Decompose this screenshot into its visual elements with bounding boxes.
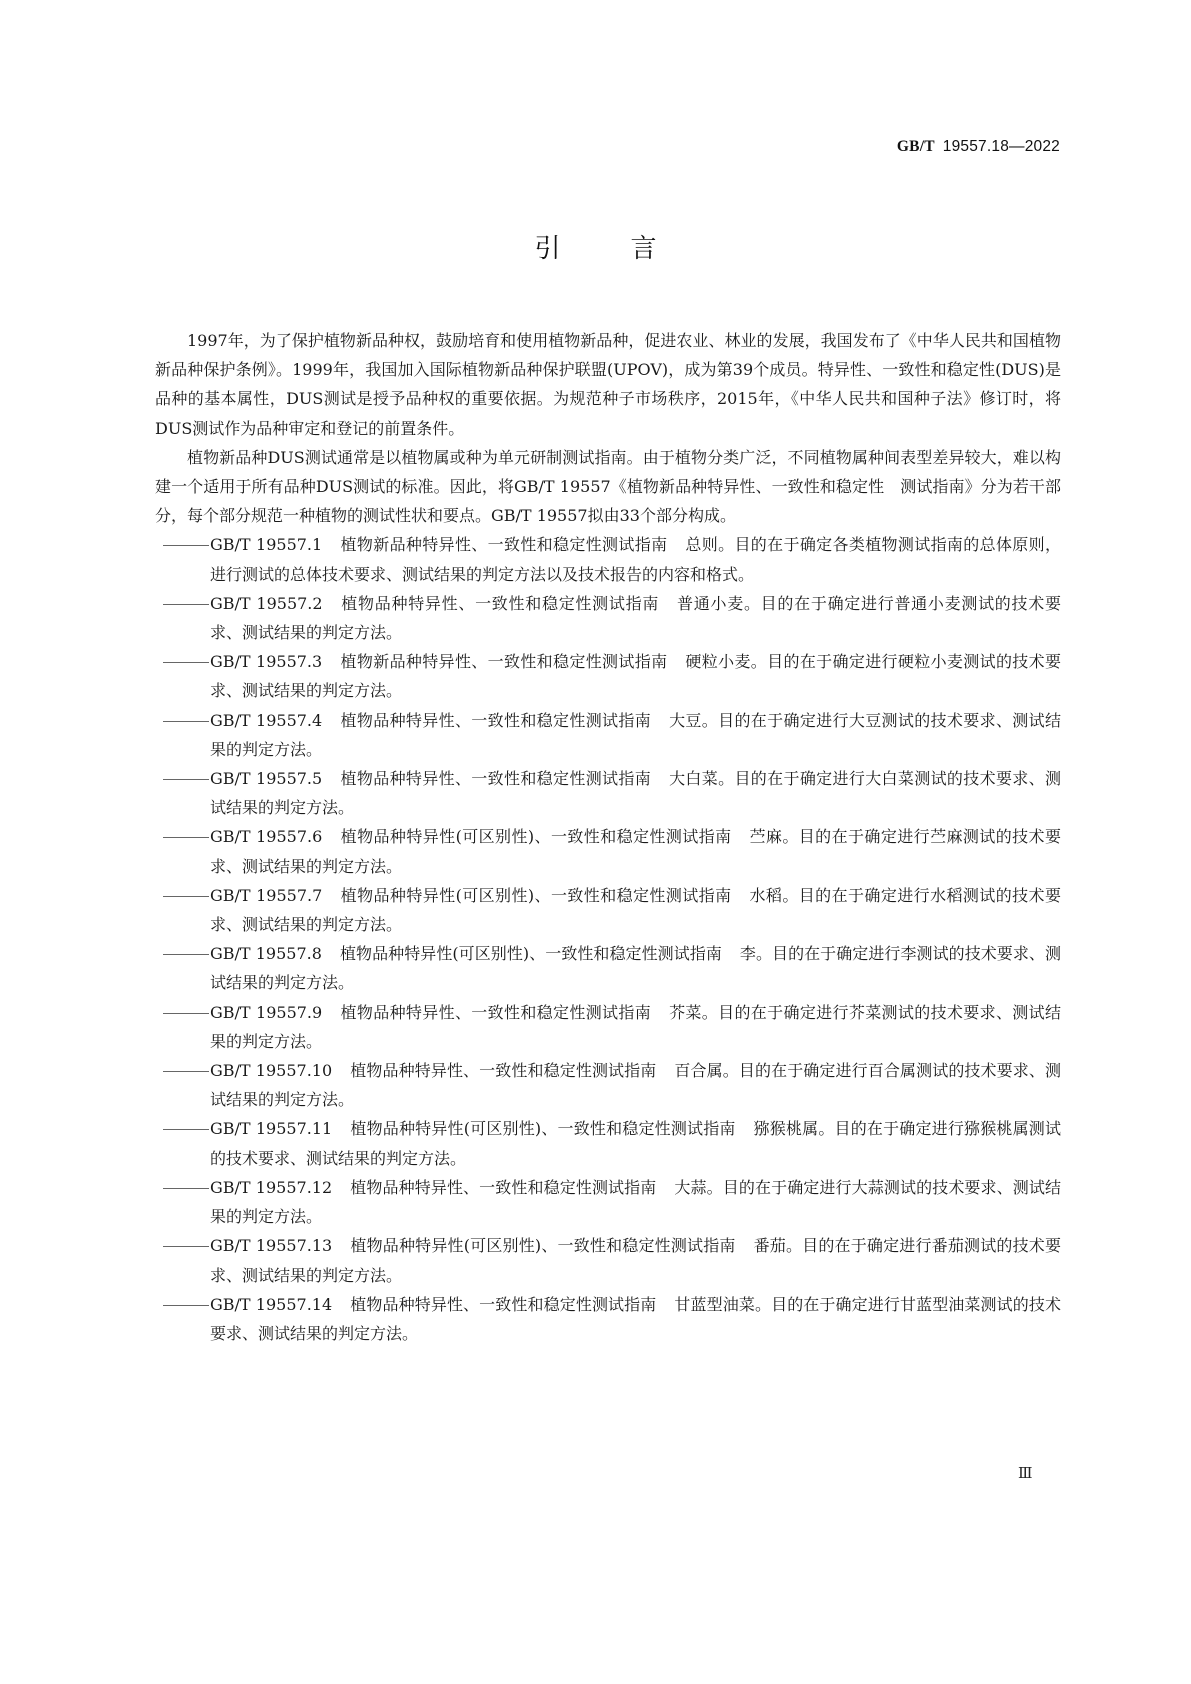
title-char-2: 言 — [631, 228, 657, 265]
item-subject: 大豆 — [669, 711, 702, 730]
item-subject: 百合属 — [674, 1061, 722, 1080]
item-code: GB/T 19557.9 — [210, 1003, 322, 1022]
item-title: 植物品种特异性、一致性和稳定性测试指南 — [341, 594, 659, 613]
document-body: 1997年，为了保护植物新品种权，鼓励培育和使用植物新品种，促进农业、林业的发展… — [155, 326, 1061, 1348]
item-code: GB/T 19557.5 — [210, 769, 322, 788]
item-subject: 芥菜 — [669, 1003, 702, 1022]
item-subject: 甘蓝型油菜 — [674, 1295, 755, 1314]
list-item: GB/T 19557.12植物品种特异性、一致性和稳定性测试指南大蒜。目的在于确… — [155, 1173, 1061, 1231]
list-item: GB/T 19557.4植物品种特异性、一致性和稳定性测试指南大豆。目的在于确定… — [155, 706, 1061, 764]
item-subject: 总则 — [685, 535, 718, 554]
item-subject: 猕猴桃属 — [754, 1119, 819, 1138]
item-code: GB/T 19557.8 — [210, 944, 322, 963]
item-subject: 大蒜 — [674, 1178, 706, 1197]
item-code: GB/T 19557.3 — [210, 652, 322, 671]
list-item: GB/T 19557.11植物品种特异性(可区别性)、一致性和稳定性测试指南猕猴… — [155, 1114, 1061, 1172]
item-code: GB/T 19557.6 — [210, 827, 322, 846]
item-title: 植物新品种特异性、一致性和稳定性测试指南 — [340, 652, 667, 671]
page-title: 引言 — [0, 228, 1191, 265]
item-subject: 大白菜 — [669, 769, 718, 788]
item-code: GB/T 19557.4 — [210, 711, 322, 730]
item-subject: 水稻 — [750, 886, 783, 905]
list-item: GB/T 19557.13植物品种特异性(可区别性)、一致性和稳定性测试指南番茄… — [155, 1231, 1061, 1289]
list-item: GB/T 19557.8植物品种特异性(可区别性)、一致性和稳定性测试指南李。目… — [155, 939, 1061, 997]
item-subject: 苎麻 — [750, 827, 783, 846]
item-title: 植物品种特异性(可区别性)、一致性和稳定性测试指南 — [350, 1119, 735, 1138]
intro-paragraph-2: 植物新品种DUS测试通常是以植物属或种为单元研制测试指南。由于植物分类广泛，不同… — [155, 443, 1061, 531]
item-code: GB/T 19557.7 — [210, 886, 322, 905]
item-code: GB/T 19557.1 — [210, 535, 322, 554]
item-code: GB/T 19557.2 — [210, 594, 323, 613]
standard-number: 19557.18—2022 — [943, 138, 1060, 155]
list-item: GB/T 19557.3植物新品种特异性、一致性和稳定性测试指南硬粒小麦。目的在… — [155, 647, 1061, 705]
list-item: GB/T 19557.2植物品种特异性、一致性和稳定性测试指南普通小麦。目的在于… — [155, 589, 1061, 647]
item-subject: 硬粒小麦 — [685, 652, 750, 671]
list-item: GB/T 19557.9植物品种特异性、一致性和稳定性测试指南芥菜。目的在于确定… — [155, 998, 1061, 1056]
item-code: GB/T 19557.14 — [210, 1295, 332, 1314]
standard-prefix: GB/T — [897, 138, 935, 155]
item-title: 植物品种特异性(可区别性)、一致性和稳定性测试指南 — [350, 1236, 735, 1255]
item-title: 植物品种特异性、一致性和稳定性测试指南 — [340, 769, 651, 788]
item-title: 植物品种特异性(可区别性)、一致性和稳定性测试指南 — [340, 886, 731, 905]
standard-header: GB/T19557.18—2022 — [897, 138, 1060, 156]
item-code: GB/T 19557.13 — [210, 1236, 332, 1255]
item-title: 植物品种特异性、一致性和稳定性测试指南 — [350, 1295, 656, 1314]
item-code: GB/T 19557.12 — [210, 1178, 332, 1197]
page-number: Ⅲ — [1018, 1464, 1032, 1482]
list-item: GB/T 19557.14植物品种特异性、一致性和稳定性测试指南甘蓝型油菜。目的… — [155, 1290, 1061, 1348]
item-code: GB/T 19557.10 — [210, 1061, 332, 1080]
parts-list: GB/T 19557.1植物新品种特异性、一致性和稳定性测试指南总则。目的在于确… — [155, 530, 1061, 1348]
item-code: GB/T 19557.11 — [210, 1119, 332, 1138]
item-subject: 番茄 — [754, 1236, 786, 1255]
list-item: GB/T 19557.1植物新品种特异性、一致性和稳定性测试指南总则。目的在于确… — [155, 530, 1061, 588]
item-title: 植物品种特异性、一致性和稳定性测试指南 — [350, 1061, 656, 1080]
item-subject: 李 — [740, 944, 756, 963]
item-title: 植物品种特异性(可区别性)、一致性和稳定性测试指南 — [340, 827, 731, 846]
item-title: 植物品种特异性、一致性和稳定性测试指南 — [350, 1178, 656, 1197]
title-char-1: 引 — [534, 228, 560, 265]
list-item: GB/T 19557.10植物品种特异性、一致性和稳定性测试指南百合属。目的在于… — [155, 1056, 1061, 1114]
list-item: GB/T 19557.5植物品种特异性、一致性和稳定性测试指南大白菜。目的在于确… — [155, 764, 1061, 822]
list-item: GB/T 19557.6植物品种特异性(可区别性)、一致性和稳定性测试指南苎麻。… — [155, 822, 1061, 880]
item-subject: 普通小麦 — [677, 594, 744, 613]
list-item: GB/T 19557.7植物品种特异性(可区别性)、一致性和稳定性测试指南水稻。… — [155, 881, 1061, 939]
document-page: GB/T19557.18—2022 引言 1997年，为了保护植物新品种权，鼓励… — [0, 0, 1191, 1684]
intro-paragraph-1: 1997年，为了保护植物新品种权，鼓励培育和使用植物新品种，促进农业、林业的发展… — [155, 326, 1061, 443]
item-title: 植物品种特异性(可区别性)、一致性和稳定性测试指南 — [340, 944, 722, 963]
item-title: 植物新品种特异性、一致性和稳定性测试指南 — [340, 535, 667, 554]
item-title: 植物品种特异性、一致性和稳定性测试指南 — [340, 711, 651, 730]
item-title: 植物品种特异性、一致性和稳定性测试指南 — [340, 1003, 651, 1022]
